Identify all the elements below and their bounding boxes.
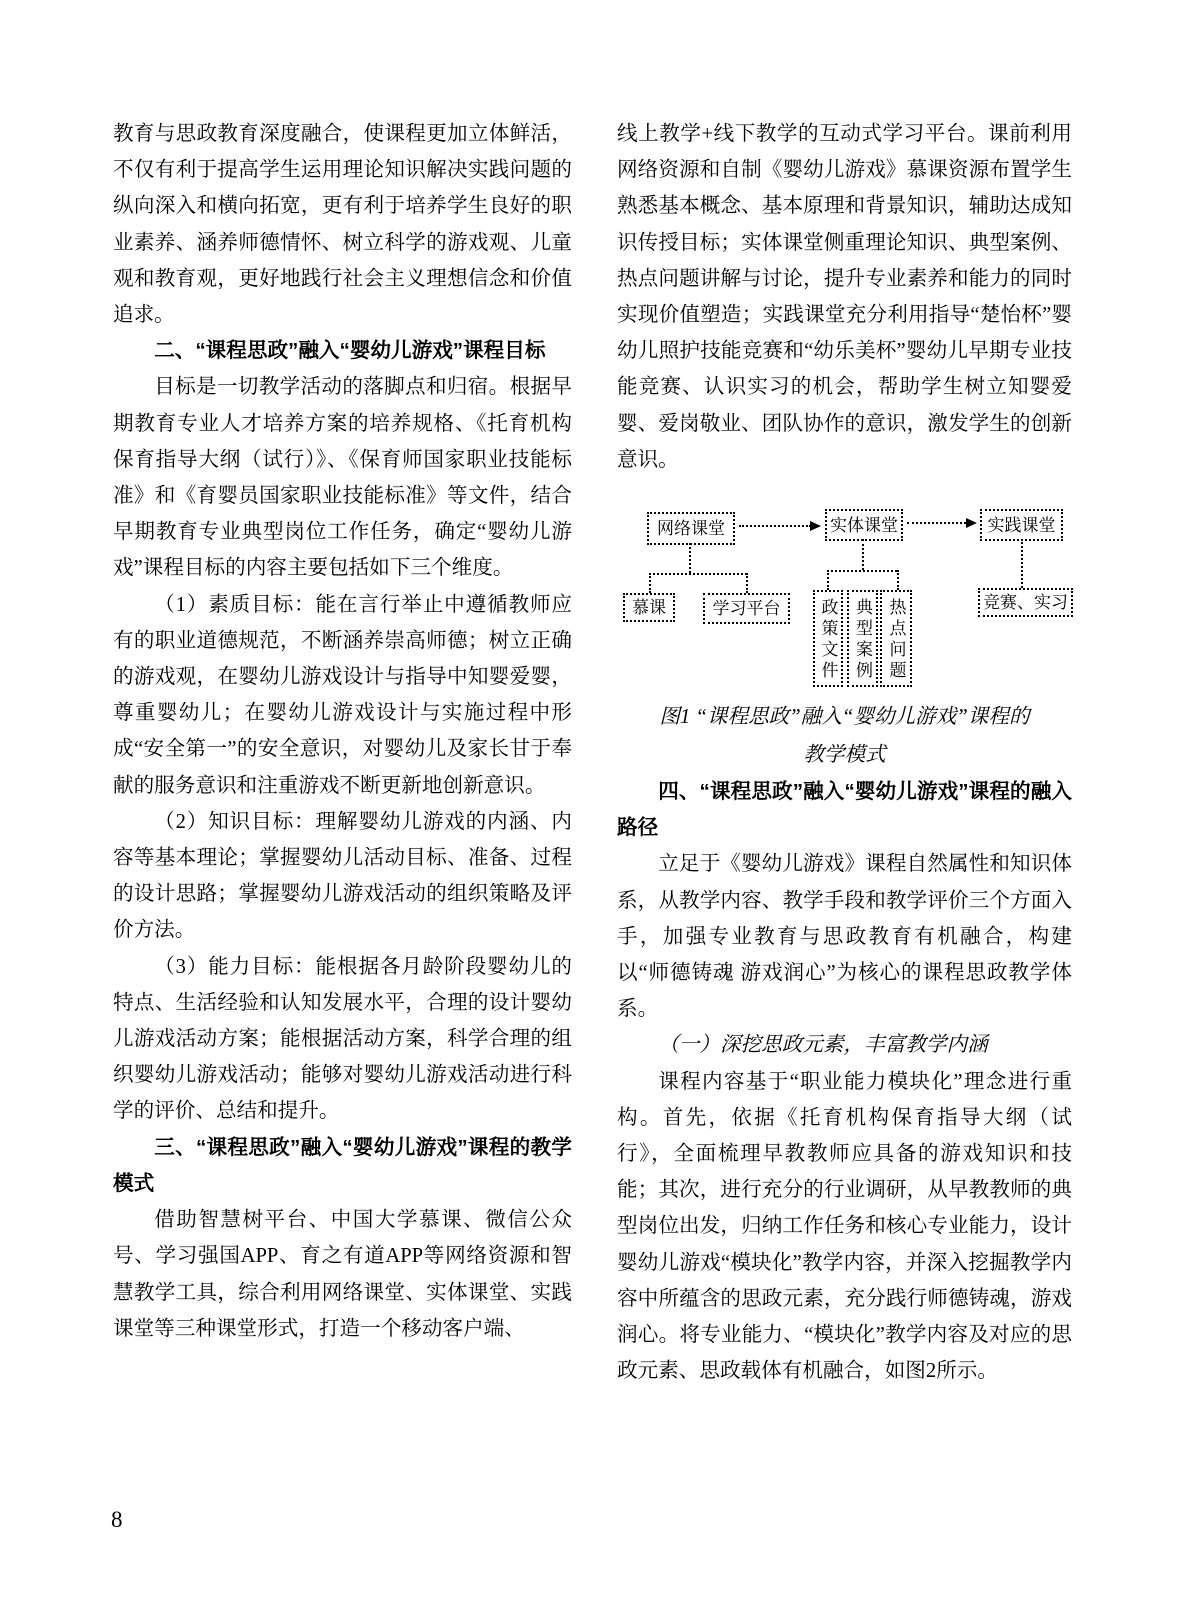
diagram-box-typical-cases: 典型案例	[847, 590, 878, 687]
connector-line	[907, 522, 966, 524]
section-heading: 二、“课程思政”融入“婴幼儿游戏”课程目标	[113, 333, 572, 369]
figure-1-caption-line2: 教学模式	[617, 736, 1072, 774]
connector-line	[746, 573, 748, 593]
connector-line	[897, 570, 899, 590]
paragraph: （1）素质目标：能在言行举止中遵循教师应有的职业道德规范，不断涵养崇高师德；树立…	[113, 587, 572, 804]
paragraph: （2）知识目标：理解婴幼儿游戏的内涵、内容等基本理论；掌握婴幼儿活动目标、准备、…	[113, 804, 572, 949]
paragraph: 线上教学+线下教学的互动式学习平台。课前利用网络资源和自制《婴幼儿游戏》慕课资源…	[617, 116, 1072, 478]
paper-page: { "page": { "number": "8" }, "left_colum…	[0, 0, 1191, 1616]
paragraph: （3）能力目标：能根据各月龄阶段婴幼儿的特点、生活经验和认知发展水平，合理的设计…	[113, 949, 572, 1130]
right-column-top-text: 线上教学+线下教学的互动式学习平台。课前利用网络资源和自制《婴幼儿游戏》慕课资源…	[617, 116, 1072, 478]
paragraph: 课程内容基于“职业能力模块化”理念进行重构。首先，依据《托育机构保育指导大纲（试…	[617, 1064, 1072, 1390]
diagram-box-mooc: 慕课	[623, 593, 675, 622]
connector-line	[649, 573, 747, 575]
paragraph: 立足于《婴幼儿游戏》课程自然属性和知识体系，从教学内容、教学手段和教学评价三个方…	[617, 846, 1072, 1027]
paragraph: 目标是一切教学活动的落脚点和归宿。根据早期教育专业人才培养方案的培养规格、《托育…	[113, 369, 572, 586]
arrow-right-icon	[966, 518, 977, 528]
right-column: 线上教学+线下教学的互动式学习平台。课前利用网络资源和自制《婴幼儿游戏》慕课资源…	[617, 116, 1072, 1389]
arrow-right-icon	[810, 521, 821, 531]
figure-1-diagram: 网络课堂 实体课堂 实践课堂 慕课 学习平台 政策文件 典型案例 热点问题 竞赛…	[617, 495, 1072, 692]
section-heading: 四、“课程思政”融入“婴幼儿游戏”课程的融入路径	[617, 774, 1072, 846]
connector-line	[739, 525, 811, 527]
connector-line	[862, 539, 864, 570]
diagram-box-learning-platform: 学习平台	[703, 593, 790, 624]
connector-line	[1021, 539, 1023, 588]
paragraph: 教育与思政教育深度融合，使课程更加立体鲜活，不仅有利于提高学生运用理论知识解决实…	[113, 116, 572, 333]
diagram-box-physical-class: 实体课堂	[825, 509, 903, 541]
figure-1-caption-line1: 图1 “课程思政”融入“婴幼儿游戏”课程的	[617, 698, 1072, 736]
connector-line	[827, 570, 829, 590]
diagram-box-policy-documents: 政策文件	[813, 590, 843, 687]
connector-line	[689, 543, 691, 573]
diagram-box-practice-class: 实践课堂	[980, 509, 1063, 541]
diagram-box-online-class: 网络课堂	[647, 512, 735, 545]
right-column-bottom-text: 四、“课程思政”融入“婴幼儿游戏”课程的融入路径立足于《婴幼儿游戏》课程自然属性…	[617, 774, 1072, 1389]
section-heading: 三、“课程思政”融入“婴幼儿游戏”课程的教学模式	[113, 1130, 572, 1202]
diagram-box-competition-internship: 竞赛、实习	[978, 588, 1073, 617]
left-column: 教育与思政教育深度融合，使课程更加立体鲜活，不仅有利于提高学生运用理论知识解决实…	[113, 116, 572, 1347]
paragraph: 借助智慧树平台、中国大学慕课、微信公众号、学习强国APP、育之有道APP等网络资…	[113, 1202, 572, 1347]
connector-line	[649, 573, 651, 593]
diagram-box-hot-topics: 热点问题	[880, 590, 912, 687]
page-number: 8	[111, 1506, 123, 1534]
connector-line	[827, 570, 897, 572]
subsection-heading: （一）深挖思政元素，丰富教学内涵	[617, 1027, 1072, 1063]
